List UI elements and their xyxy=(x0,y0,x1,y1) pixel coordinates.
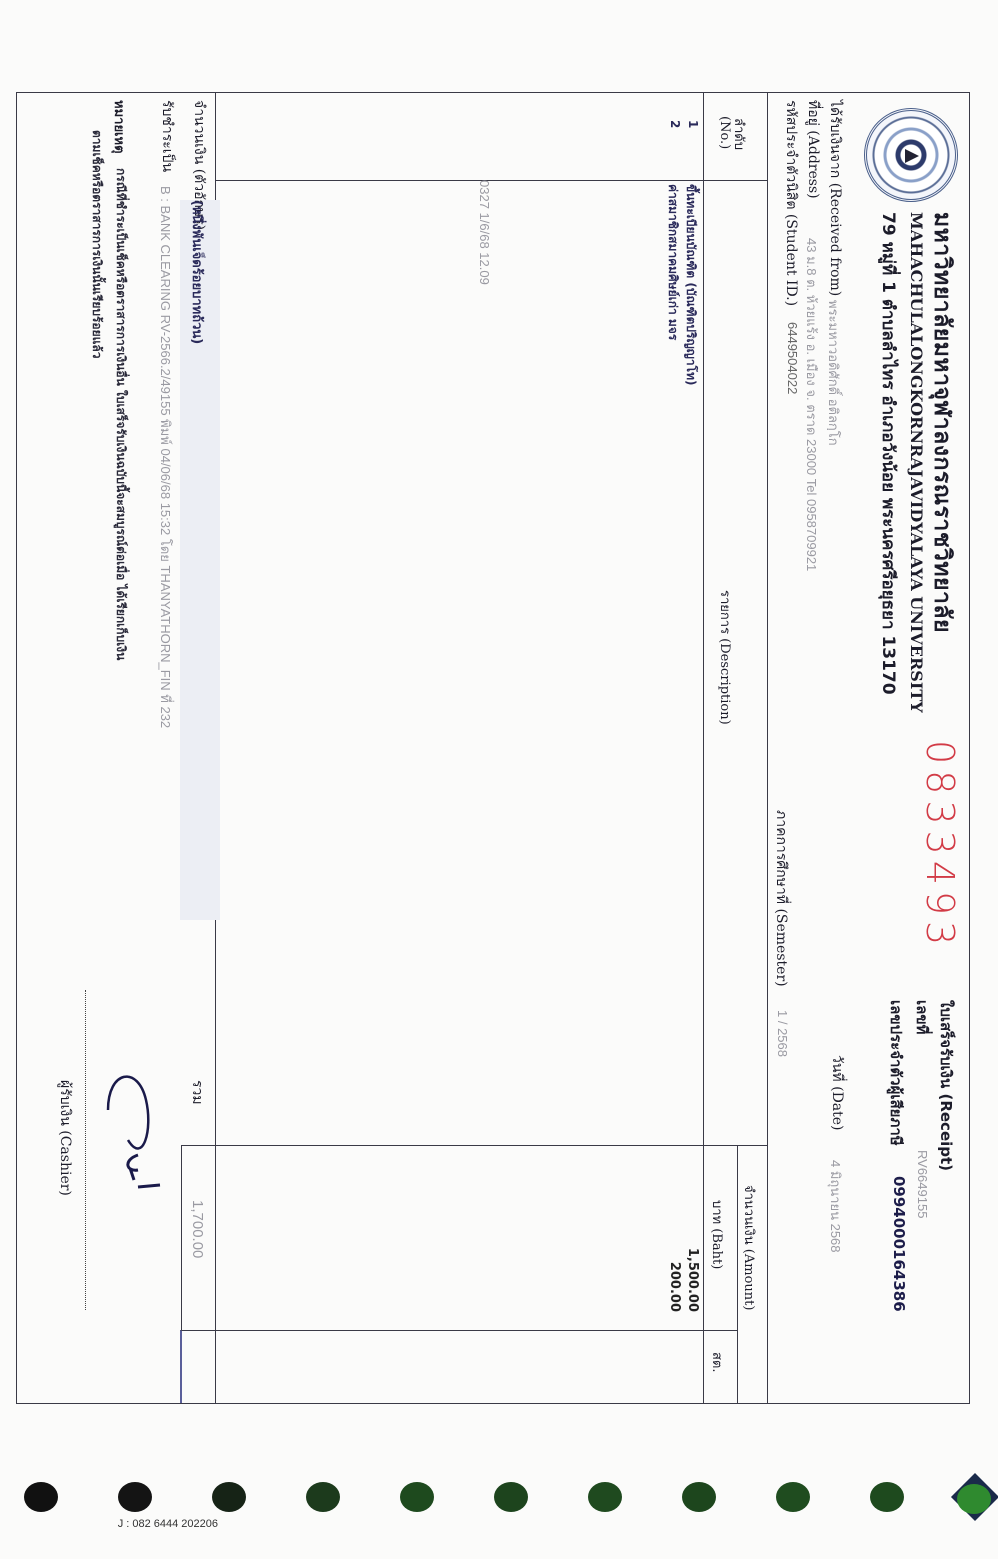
table-row: 2 ค่าสมาชิกสมาคมศิษย์เก่า มจร 200.00 xyxy=(666,92,684,1402)
row-no: 1 xyxy=(686,120,700,128)
receipt-sheet: มหาวิทยาลัยมหาจุฬาลงกรณราชวิทยาลัย MAHAC… xyxy=(0,0,998,1559)
feed-hole xyxy=(212,1482,246,1512)
payment-method-value: B : BANK CLEARING RV-2566.2/49155 พิมพ์ … xyxy=(155,186,176,728)
semester-label: ภาคการศึกษาที่ (Semester) xyxy=(770,810,792,987)
receipt-number-value: RV6649155 xyxy=(915,1150,930,1218)
table-body: 1 ขึ้นทะเบียนบัณฑิต (บัณฑิตปริญญาโท) 1,5… xyxy=(666,92,702,1402)
note-line-1: กรณีที่ชำระเป็นเช็คหรือตราสารการเงินอื่น… xyxy=(111,168,130,660)
row-amount: 200.00 xyxy=(667,1162,682,1312)
student-id-label: รหัสประจำตัวนิสิต (Student ID.) xyxy=(780,100,802,306)
feed-hole xyxy=(306,1482,340,1512)
feed-hole xyxy=(118,1482,152,1512)
feed-hole xyxy=(588,1482,622,1512)
col-header-description: รายการ (Description) xyxy=(715,590,736,725)
address-label: ที่อยู่ (Address) xyxy=(802,100,824,199)
feed-hole xyxy=(494,1482,528,1512)
table-header-border xyxy=(703,92,704,1404)
cashier-label: ผู้รับเงิน (Cashier) xyxy=(54,1080,76,1196)
col-header-amount: จำนวนเงิน (Amount) xyxy=(739,1185,760,1310)
feed-hole xyxy=(870,1482,904,1512)
university-seal-icon xyxy=(864,108,958,202)
amount-subheader-border xyxy=(737,1145,738,1404)
date-value: 4 มิถุนายน 2568 xyxy=(825,1160,846,1253)
amount-words-value: (หนึ่งพันเจ็ดร้อยบาทถ้วน) xyxy=(187,200,208,344)
total-value: 1,700.00 xyxy=(189,1200,206,1258)
feed-hole xyxy=(957,1484,991,1514)
feed-hole xyxy=(776,1482,810,1512)
col-divider-satang xyxy=(216,1330,738,1331)
cashier-signature xyxy=(84,1060,168,1200)
table-top-border xyxy=(767,92,768,1404)
feed-hole xyxy=(400,1482,434,1512)
note-line-2: ตามเช็คหรือตราสารการเงินนั้นเรียบร้อยแล้… xyxy=(87,130,106,359)
university-name-thai: มหาวิทยาลัยมหาจุฬาลงกรณราชวิทยาลัย xyxy=(924,212,960,633)
university-address: 79 หมู่ที่ 1 ตำบลลำไทร อำเภอวังน้อย พระน… xyxy=(875,212,902,695)
col-header-no-en: (No.) xyxy=(717,116,732,149)
col-header-baht: บาท (Baht) xyxy=(707,1200,728,1269)
payment-method-label: รับชำระเป็น xyxy=(156,100,178,172)
signature-line xyxy=(85,990,86,1310)
col-header-satang: สต. xyxy=(707,1352,728,1373)
student-id-value: 6449504022 xyxy=(785,322,800,394)
row-no: 2 xyxy=(668,120,682,128)
tax-id-label: เลขประจำตัวผู้เสียภาษี xyxy=(884,1000,908,1146)
printer-code: J : 082 6444 202206 xyxy=(118,1518,218,1530)
received-from-value: พระมหาวอดิศักดิ์ อติลกฺโก xyxy=(823,300,844,446)
print-stamp: 0327 1/6/68 12.09 xyxy=(477,180,492,285)
feed-hole xyxy=(24,1482,58,1512)
col-header-no: ลำดับ xyxy=(729,118,750,150)
receipt-title: ใบเสร็จรับเงิน (Receipt) xyxy=(934,1000,958,1171)
total-satang-box xyxy=(180,1330,216,1403)
tractor-feed-margin: J : 082 6444 202206 xyxy=(0,1430,998,1559)
serial-number: 0833493 xyxy=(918,740,962,951)
row-description: ค่าสมาชิกสมาคมศิษย์เก่า มจร xyxy=(663,184,682,340)
address-value: 43 ม.8 ต. ห้วยแร้ง อ. เมือง จ. ตราด 2300… xyxy=(801,238,822,571)
total-label: รวม xyxy=(186,1080,208,1105)
feed-hole xyxy=(682,1482,716,1512)
row-amount: 1,500.00 xyxy=(685,1162,700,1312)
received-from-label: ได้รับเงินจาก (Received from) xyxy=(824,100,846,296)
university-name-english: MAHACHULALONGKORNRAJAVIDYALAYA UNIVERSIT… xyxy=(907,212,926,713)
table-row: 1 ขึ้นทะเบียนบัณฑิต (บัณฑิตปริญญาโท) 1,5… xyxy=(684,92,702,1402)
date-label: วันที่ (Date) xyxy=(826,1055,848,1131)
tax-id-value: 0994000164386 xyxy=(890,1176,908,1312)
receipt-number-label: เลขที่ xyxy=(910,1000,934,1034)
note-label: หมายเหตุ xyxy=(109,100,130,154)
semester-value: 1 / 2568 xyxy=(775,1010,790,1057)
